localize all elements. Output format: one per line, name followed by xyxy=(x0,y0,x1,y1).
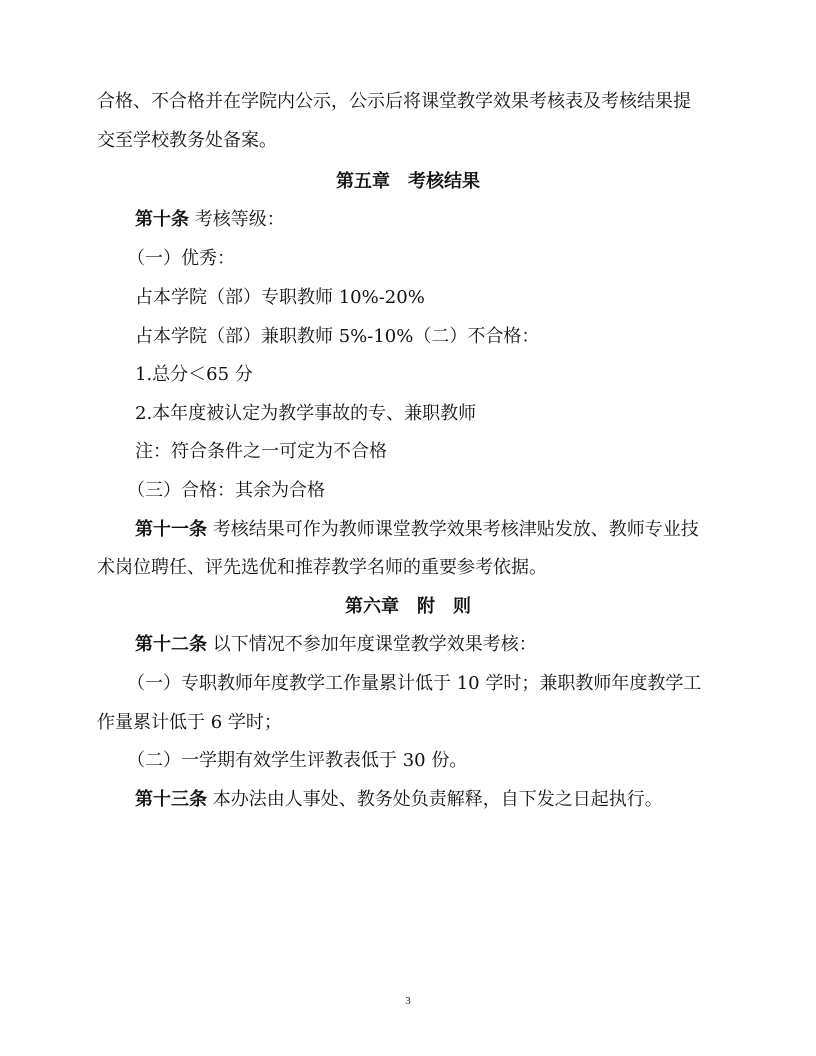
page-number: 3 xyxy=(0,995,816,1007)
article-text: 本办法由人事处、教务处负责解释，自下发之日起执行。 xyxy=(207,789,663,810)
article-label: 第十条 xyxy=(135,209,189,230)
article-11-cont: 术岗位聘任、评先选优和推荐教学名师的重要参考依据。 xyxy=(97,556,547,580)
article-text: 以下情况不参加年度课堂教学效果考核： xyxy=(207,634,537,655)
article-label: 第十一条 xyxy=(135,519,207,540)
chapter-heading: 第五章 考核结果 xyxy=(0,170,816,194)
fail-condition-2: 2.本年度被认定为教学事故的专、兼职教师 xyxy=(135,402,476,426)
article-13: 第十三条 本办法由人事处、教务处负责解释，自下发之日起执行。 xyxy=(135,788,663,812)
grade-excellent: （一）优秀： xyxy=(127,247,235,271)
fail-condition-1: 1.总分＜65 分 xyxy=(135,363,253,387)
article-11: 第十一条 考核结果可作为教师课堂教学效果考核津贴发放、教师专业技 xyxy=(135,518,699,542)
article-text: 考核等级： xyxy=(189,209,285,230)
grade-excellent-parttime: 占本学院（部）兼职教师 5%-10%（二）不合格： xyxy=(135,325,539,349)
paragraph-line: 交至学校教务处备案。 xyxy=(97,129,277,153)
article-12: 第十二条 以下情况不参加年度课堂教学效果考核： xyxy=(135,633,537,657)
article-12-item-1-cont: 作量累计低于 6 学时； xyxy=(97,711,282,735)
paragraph-line: 合格、不合格并在学院内公示，公示后将课堂教学效果考核表及考核结果提 xyxy=(97,90,691,114)
grade-pass: （三）合格：其余为合格 xyxy=(127,479,325,503)
article-label: 第十三条 xyxy=(135,789,207,810)
article-label: 第十二条 xyxy=(135,634,207,655)
article-text: 考核结果可作为教师课堂教学效果考核津贴发放、教师专业技 xyxy=(207,519,699,540)
article-12-item-2: （二）一学期有效学生评教表低于 30 份。 xyxy=(127,749,467,773)
article-12-item-1: （一）专职教师年度教学工作量累计低于 10 学时；兼职教师年度教学工 xyxy=(127,672,701,696)
article-10: 第十条 考核等级： xyxy=(135,208,285,232)
fail-note: 注：符合条件之一可定为不合格 xyxy=(135,440,387,464)
chapter-heading: 第六章 附 则 xyxy=(0,595,816,619)
grade-excellent-fulltime: 占本学院（部）专职教师 10%-20% xyxy=(135,286,425,310)
